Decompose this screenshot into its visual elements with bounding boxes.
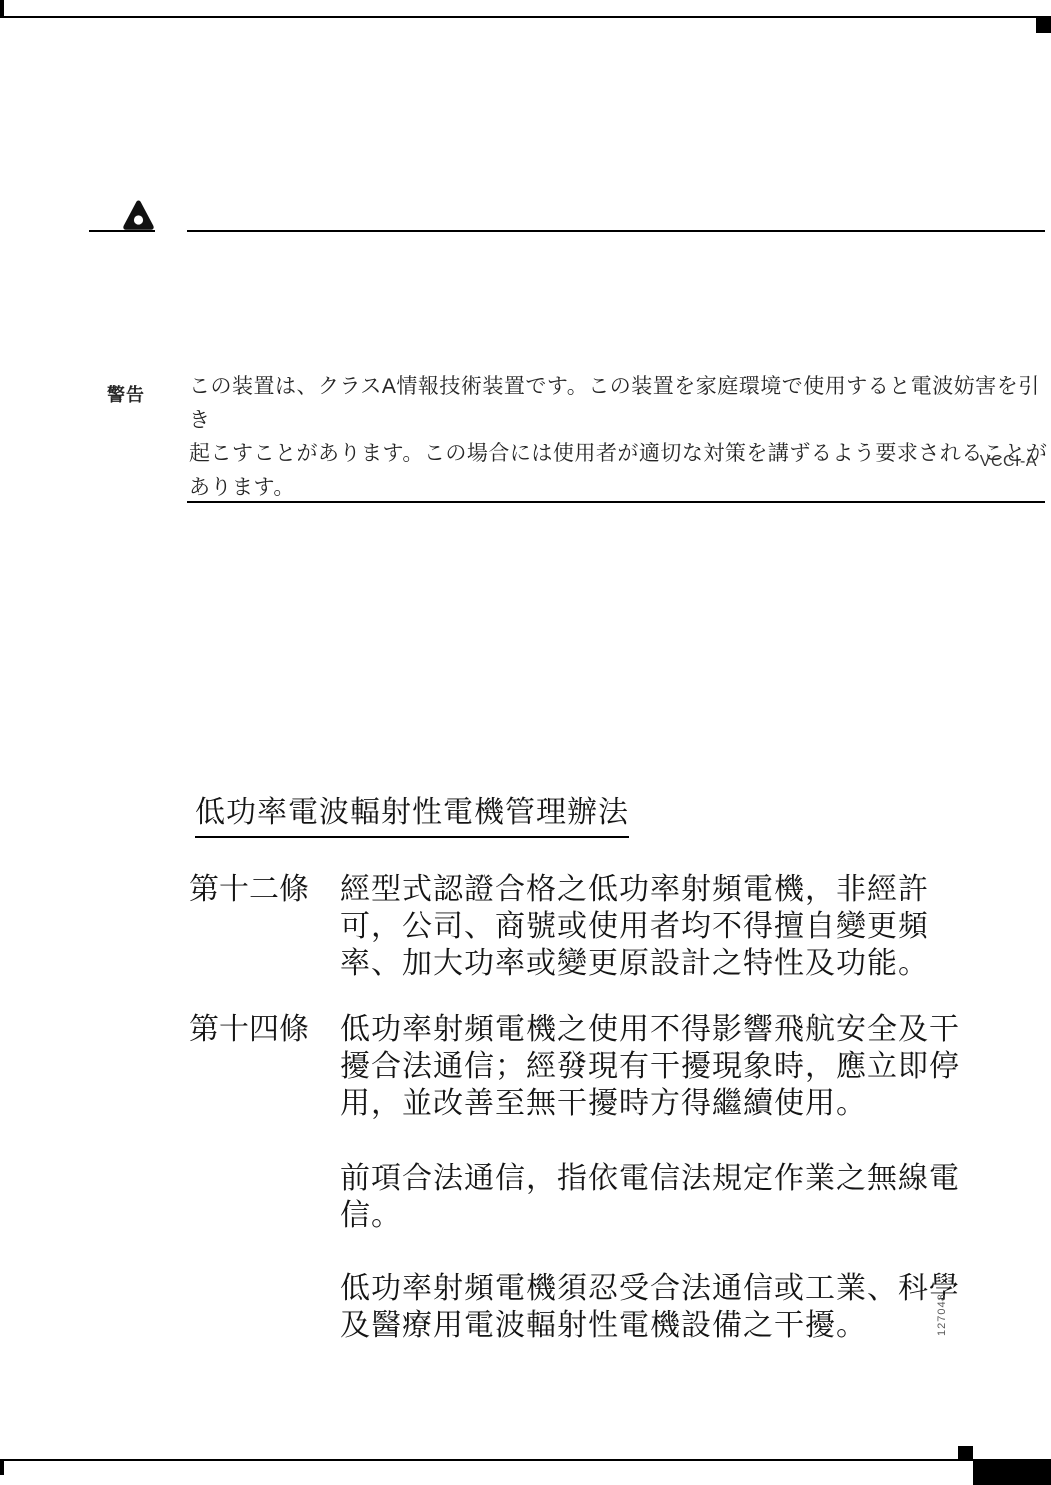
regulation-title: 低功率電波輻射性電機管理辦法 [195, 795, 629, 838]
article-12-label: 第十二條 [189, 871, 309, 908]
article-14-label: 第十四條 [189, 1011, 309, 1048]
vcci-class-a-designation: VCCI-A [187, 453, 1037, 471]
warning-section-top-rule [187, 230, 1045, 232]
warning-icon-underline [89, 230, 155, 232]
warning-section-bottom-rule [187, 501, 1045, 503]
bottom-right-crop-square-small [958, 1446, 973, 1460]
bottom-left-crop-mark [0, 1459, 4, 1475]
article-12-text: 經型式認證合格之低功率射頻電機，非經許 可，公司、商號或使用者均不得擅自變更頻 … [340, 871, 980, 982]
article-14-paragraph-2-text: 前項合法通信，指依電信法規定作業之無線電 信。 [340, 1160, 980, 1234]
article-14-text: 低功率射頻電機之使用不得影響飛航安全及干 擾合法通信；經發現有干擾現象時，應立即… [340, 1011, 980, 1122]
article-14-paragraph-3-text: 低功率射頻電機須忍受合法通信或工業、科學 及醫療用電波輻射性電機設備之干擾。 [340, 1270, 980, 1344]
warning-text-japanese: この装置は、クラスA情報技術装置です。この装置を家庭環境で使用すると電波妨害を引… [189, 370, 1051, 504]
warning-label: 警告 [107, 381, 145, 407]
top-page-rule [0, 16, 1051, 18]
warning-triangle-icon [122, 199, 155, 231]
top-right-crop-square [1036, 17, 1051, 33]
document-page: 警告 この装置は、クラスA情報技術装置です。この装置を家庭環境で使用すると電波妨… [0, 0, 1051, 1485]
figure-number-rotated: 127048 [936, 1293, 948, 1336]
bottom-page-rule [0, 1459, 1051, 1461]
bottom-right-corner-block [973, 1459, 1051, 1485]
